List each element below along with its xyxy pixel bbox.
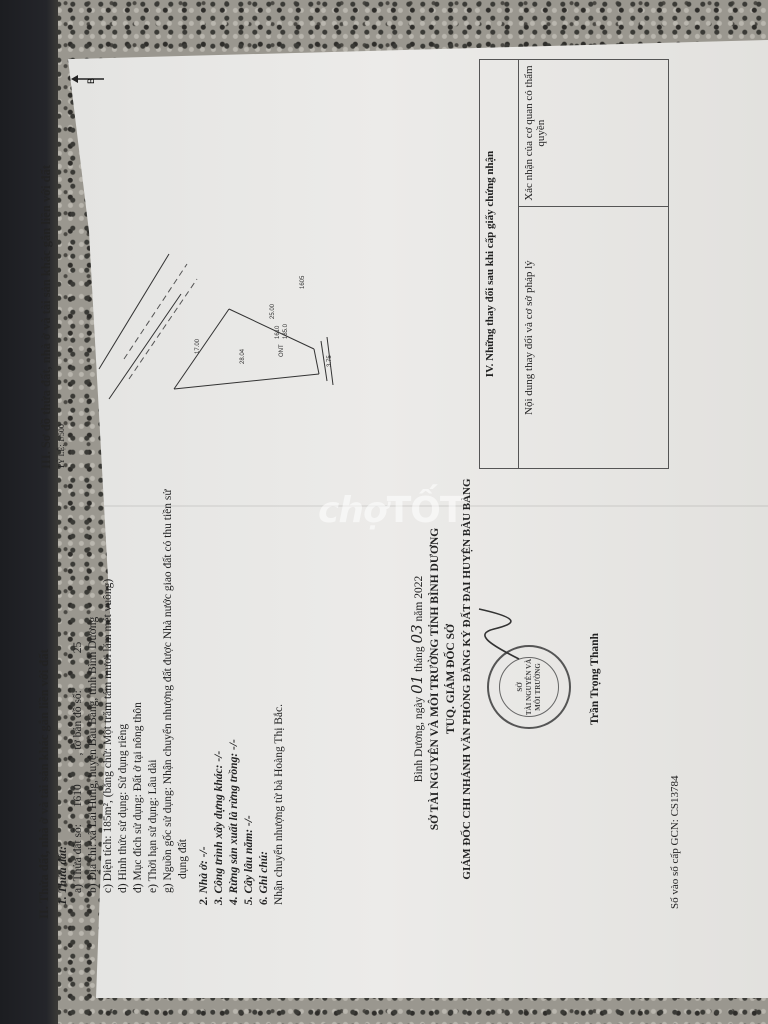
month: 03 — [408, 624, 426, 643]
north-arrow-icon: B — [71, 75, 104, 84]
parcel-line: a) Thửa đất số: 1610 , tờ bản đồ số: 25 — [71, 479, 86, 919]
land-heading: 1. Thửa đất: — [56, 479, 71, 919]
address: b) Địa chỉ: xã Lai Hưng, huyện Bàu Bàng,… — [86, 479, 101, 919]
notes: Nhận chuyển nhượng từ bà Hoàng Thị Bắc. — [272, 479, 287, 919]
parcel-label: a) Thửa đất số: — [72, 824, 84, 893]
serial-number: Số vào sổ cấp GCN: CS13784 — [669, 775, 681, 909]
org-line-1: SỞ TÀI NGUYÊN VÀ MÔI TRƯỜNG TỈNH BÌNH DƯ… — [427, 469, 443, 889]
signer-name: Trần Trọng Thanh — [587, 469, 603, 889]
svg-text:25.00: 25.00 — [270, 303, 276, 319]
right-half: III. Sơ đồ thửa đất, nhà ở và tài sản kh… — [0, 39, 699, 479]
rotated-document-page: II. Thửa đất, nhà ở và tài sản khác gắn … — [0, 1, 699, 959]
stamp-inner: SỞ TÀI NGUYÊN VÀ MÔI TRƯỜNG — [499, 657, 559, 717]
other-construction: 3. Công trình xây dựng khác: -/- — [212, 479, 227, 919]
perennial-trees: 5. Cây lâu năm: -/- — [242, 479, 257, 919]
section-3-title: III. Sơ đồ thửa đất, nhà ở và tài sản kh… — [39, 165, 54, 469]
svg-text:3.75: 3.75 — [327, 355, 333, 367]
signature-scribble — [469, 604, 529, 664]
scale: TỶ LỆ: 1/500 — [57, 424, 66, 469]
map-sheet-label: , tờ bản đồ số: — [72, 690, 84, 755]
use-origin: g) Nguồn gốc sử dụng: Nhận chuyển nhượng… — [161, 479, 176, 919]
org-line-2: TUQ. GIÁM ĐỐC SỞ — [443, 469, 459, 889]
svg-text:28.04: 28.04 — [240, 348, 246, 364]
changes-col-content: Nội dung thay đổi và cơ sở pháp lý — [519, 207, 669, 469]
svg-text:1610: 1610 — [275, 325, 281, 339]
area: c) Diện tích: 185m², (bằng chữ: Một trăm… — [101, 479, 116, 919]
org-line-3: GIÁM ĐỐC CHI NHÁNH VĂN PHÒNG ĐĂNG KÝ ĐẤT… — [459, 469, 475, 889]
section-2: II. Thửa đất, nhà ở và tài sản khác gắn … — [37, 479, 287, 919]
land-plot-diagram: 1610 185.0 ONT 28.04 25.00 3.75 17.00 16… — [69, 39, 369, 459]
svg-text:185.0: 185.0 — [283, 323, 289, 339]
svg-text:1605: 1605 — [300, 275, 306, 289]
use-form: d) Hình thức sử dụng: Sử dụng riêng — [116, 479, 131, 919]
day: 01 — [408, 675, 426, 694]
production-forest: 4. Rừng sản xuất là rừng trồng: -/- — [227, 479, 242, 919]
left-half: II. Thửa đất, nhà ở và tài sản khác gắn … — [0, 479, 699, 919]
section-4-title: IV. Những thay đổi sau khi cấp giấy chứn… — [480, 60, 519, 469]
date-line: Bình Dương, ngày 01 tháng 03 năm 2022 — [409, 469, 427, 889]
signature-block: Bình Dương, ngày 01 tháng 03 năm 2022 SỞ… — [409, 469, 475, 889]
use-purpose: đ) Mục đích sử dụng: Đất ở tại nông thôn — [131, 479, 146, 919]
use-term: e) Thời hạn sử dụng: Lâu dài — [146, 479, 161, 919]
house: 2. Nhà ở: -/- — [197, 479, 212, 919]
section-2-title: II. Thửa đất, nhà ở và tài sản khác gắn … — [37, 479, 52, 919]
svg-text:B: B — [86, 78, 96, 84]
svg-text:ONT: ONT — [279, 344, 285, 357]
chotot-watermark: chợTỐT — [318, 490, 463, 531]
changes-table: IV. Những thay đổi sau khi cấp giấy chứn… — [479, 59, 669, 469]
parcel-number: 1610 — [72, 784, 84, 807]
use-origin-cont: dụng đất — [176, 479, 191, 919]
map-sheet-number: 25 — [72, 642, 84, 654]
notes-heading: 6. Ghi chú: — [257, 479, 272, 919]
changes-col-confirm: Xác nhận của cơ quan có thẩm quyền — [519, 60, 669, 207]
svg-text:17.00: 17.00 — [195, 338, 201, 354]
